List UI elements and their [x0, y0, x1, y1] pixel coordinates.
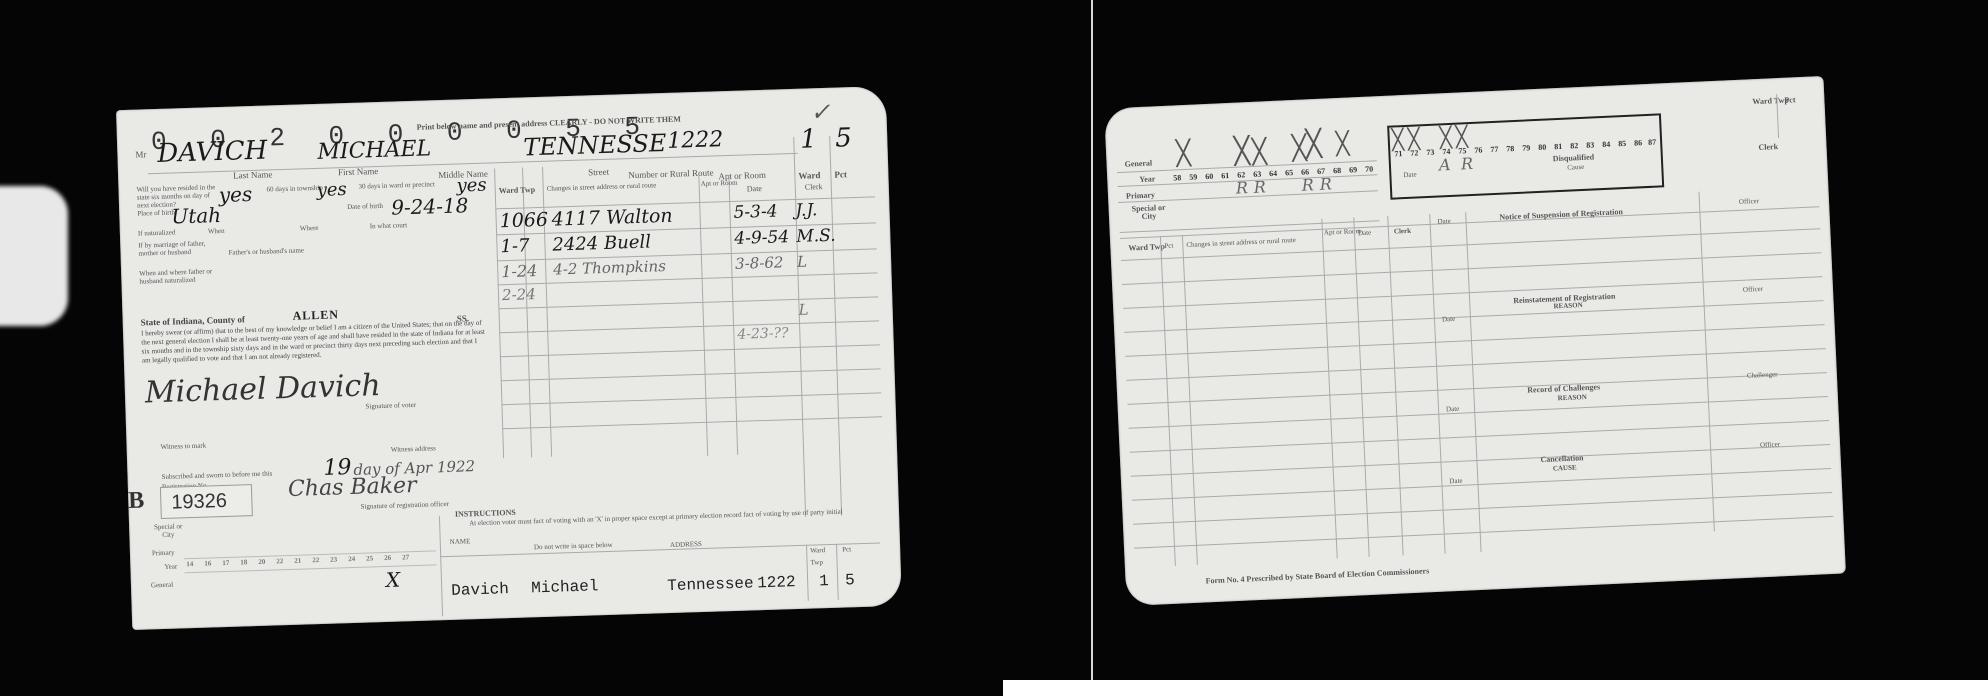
year-cell: 58: [1173, 173, 1181, 182]
year-cell: 22: [276, 557, 283, 565]
year-cell: 84: [1602, 140, 1610, 149]
typed-last-name: Davich: [451, 580, 509, 600]
year-cell: 21: [294, 557, 301, 565]
changes-column-header: Changes in street address or rural route: [1186, 236, 1296, 249]
year-cell: 22: [312, 556, 319, 564]
suspension-date-label: Date: [1437, 217, 1451, 226]
suspension-title: Notice of Suspension of Registration: [1499, 207, 1623, 222]
pct-column-header: Pct: [1164, 242, 1173, 250]
clerk-column-header: Clerk: [1394, 227, 1411, 236]
date-column-header: Date: [747, 184, 762, 193]
if-by-marriage-label: If by marriage of father, mother or husb…: [138, 239, 218, 258]
year-cell: 61: [1221, 171, 1229, 180]
row-ward: 1-7: [500, 235, 530, 257]
place-of-birth-label: Place of birth: [137, 208, 175, 217]
primary-mark: R: [1461, 154, 1474, 174]
vote-mark: ╳: [1233, 136, 1250, 167]
challenger-label: Challenger: [1747, 370, 1778, 379]
year-cell: 80: [1538, 143, 1546, 152]
year-cell: 16: [204, 559, 211, 567]
year-cell: 26: [384, 554, 391, 562]
ward-value: 1: [800, 124, 817, 155]
year-cell: 17: [222, 559, 229, 567]
year-cell: 20: [258, 558, 265, 566]
changes-table: 1066 4117 Walton 5-3-4 J.J. 1-7 2424 Bue…: [116, 86, 886, 110]
typed-ward-label: Ward: [810, 546, 825, 554]
row-label-general: General: [1124, 158, 1152, 168]
year-cell: 77: [1490, 145, 1498, 154]
suspension-officer-label: Officer: [1739, 197, 1759, 206]
name-label: NAME: [450, 537, 471, 546]
typed-pct-label: Pct: [842, 545, 851, 553]
primary-mark: R: [1253, 177, 1266, 197]
year-cell: 14: [186, 560, 193, 568]
date-label: Date: [1403, 170, 1417, 179]
typed-pct: 5: [845, 571, 855, 589]
row-ward: 1-24: [501, 261, 538, 281]
year-cell: 68: [1333, 166, 1341, 175]
primary-mark: R: [1319, 174, 1332, 194]
days-township-label: 60 days in township: [266, 184, 322, 194]
vote-mark: ╳: [1391, 127, 1404, 152]
subscribed-text: Subscribed and sworn to before me this: [161, 469, 272, 480]
fathers-name-label: Father's or husband's name: [228, 246, 304, 256]
registration-number-box: 19326: [160, 484, 253, 519]
witness-mark-label: Witness to mark: [160, 442, 206, 451]
back-pct-label: Pct: [1784, 95, 1796, 104]
year-cell: 79: [1522, 143, 1530, 152]
year-cell: 81: [1554, 142, 1562, 151]
reinstatement-reason: REASON: [1553, 301, 1583, 310]
last-name-label: Last Name: [233, 169, 273, 180]
first-name-value: MICHAEL: [317, 136, 432, 165]
row-label-general: General: [151, 581, 173, 590]
date-of-birth-label: Date of birth: [347, 202, 383, 211]
disqualified-box: 71 72 73 74 75 76 77 78 79 80 81 82 83 8…: [1387, 113, 1664, 199]
ward-twp-column-header: Ward Twp: [499, 185, 536, 195]
scan-border-strip: [1003, 680, 1988, 696]
year-cell: 60: [1205, 172, 1213, 181]
vote-mark: ╳: [1455, 124, 1468, 149]
clerk-column-header: Clerk: [805, 182, 823, 192]
street-label: Street: [588, 167, 609, 178]
typed-number: 1222: [757, 573, 796, 592]
where-label: Where: [300, 224, 319, 233]
challenges-reason: REASON: [1558, 393, 1588, 402]
year-cell: 83: [1586, 140, 1594, 149]
typed-ward: 1: [819, 572, 829, 590]
do-not-write-label: Do not write in space below: [534, 541, 613, 551]
signature-label: Signature of voter: [365, 401, 416, 411]
voter-signature: Michael Davich: [144, 368, 381, 410]
typed-twp-label: Twp: [810, 558, 823, 566]
county-value: ALLEN: [292, 307, 339, 323]
form-note: Form No. 4 Prescribed by State Board of …: [1205, 566, 1429, 585]
vote-mark: ╳: [1407, 126, 1420, 151]
pct-label: Pct: [834, 169, 847, 179]
row-clerk: J.J.: [795, 200, 817, 221]
date-of-birth-value: 9-24-18: [391, 193, 469, 219]
number-label: Number or Rural Route: [628, 167, 714, 180]
naturalized-label: If naturalized: [138, 228, 176, 237]
vote-mark: ╳: [1252, 137, 1268, 166]
series-letter: B: [128, 488, 145, 515]
year-cell: 24: [348, 555, 355, 563]
year-cell: 78: [1506, 144, 1514, 153]
row-label-year: Year: [1139, 174, 1155, 184]
registration-card-back: General Year Primary Special or City 58 …: [1104, 76, 1846, 606]
year-cell: 23: [330, 555, 337, 563]
instructions-text: At election voter must fact of voting wi…: [469, 507, 859, 527]
year-cell: 64: [1269, 169, 1277, 178]
cancellation-officer-label: Officer: [1760, 440, 1780, 449]
apt-column-header: Apt or Room: [1324, 227, 1361, 237]
year-cell: 27: [402, 553, 409, 561]
challenges-title: Record of Challenges: [1527, 382, 1600, 394]
street-value: TENNESSE: [523, 129, 667, 161]
vote-mark: ╳: [1335, 132, 1349, 158]
vote-mark: ╳: [1176, 139, 1192, 168]
row-label-special: Special or City: [153, 522, 183, 539]
year-cell: 85: [1618, 139, 1626, 148]
officer-signature: Chas Baker: [288, 473, 417, 502]
checkmark-icon: ✓: [810, 98, 831, 127]
row-address: 4-2 Thompkins: [553, 257, 666, 279]
row-label-primary: Primary: [152, 549, 175, 558]
year-cell: 82: [1570, 141, 1578, 150]
row-date: 5-3-4: [733, 201, 778, 222]
primary-mark: A: [1439, 155, 1451, 175]
primary-mark: R: [1235, 178, 1248, 198]
year-cell: 65: [1285, 168, 1293, 177]
reinstatement-officer-label: Officer: [1743, 285, 1763, 294]
days-ward-label: 30 days in ward or precinct: [358, 180, 435, 190]
frame-divider: [1091, 0, 1093, 696]
years-row-b: 71 72 73 74 75 76 77 78 79 80 81 82 83 8…: [1392, 137, 1660, 161]
ward-label: Ward: [798, 170, 820, 181]
house-number-value: 1222: [667, 127, 724, 154]
adjacent-card-edge: [0, 186, 68, 326]
row-clerk: L: [798, 301, 809, 319]
oath-state-line: State of Indiana, County of: [141, 314, 246, 327]
row-date: 4-23-??: [737, 325, 789, 343]
officer-signature-label: Signature of registration officer: [360, 500, 449, 511]
row-date: 3-8-62: [735, 253, 784, 273]
year-cell: 76: [1474, 145, 1482, 154]
reinstatement-date-label: Date: [1442, 315, 1456, 324]
row-label-special: Special or City: [1127, 204, 1172, 222]
row-ward: 1066: [499, 209, 548, 233]
typed-first-name: Michael: [531, 577, 599, 597]
row-date: 4-9-54: [734, 227, 789, 249]
typed-street: Tennessee: [667, 574, 754, 595]
when-label: When: [208, 227, 225, 236]
row-clerk: L: [797, 253, 808, 271]
change-address-column-header: Changes in street address or rural route: [547, 181, 657, 192]
prefix-label: Mr: [135, 149, 146, 159]
disqualified-label: Disqualified: [1553, 152, 1595, 163]
cause-label: Cause: [1567, 163, 1584, 172]
cancellation-date-label: Date: [1449, 477, 1463, 486]
primary-mark: R: [1301, 175, 1314, 195]
row-address: 4117 Walton: [551, 205, 673, 231]
year-cell: 59: [1189, 172, 1197, 181]
registration-number: 19326: [171, 490, 227, 515]
place-of-birth-value: Utah: [171, 203, 221, 229]
year-cell: 87: [1648, 138, 1656, 147]
pct-value: 5: [835, 123, 852, 154]
back-clerk-label: Clerk: [1758, 142, 1778, 152]
vote-mark: ╳: [1439, 125, 1452, 150]
row-clerk: M.S.: [796, 226, 836, 247]
last-name-value: DAVICH: [157, 135, 268, 168]
row-ward: 2-24: [502, 285, 536, 304]
vote-mark: ╳: [1305, 129, 1322, 160]
cancellation-cause: CAUSE: [1553, 464, 1577, 473]
witness-address-label: Witness address: [391, 444, 436, 453]
row-label-year: Year: [164, 563, 177, 571]
when-where-father-label: When and where father or husband natural…: [139, 267, 229, 286]
row-label-primary: Primary: [1126, 190, 1155, 200]
year-cell: 18: [240, 558, 247, 566]
year-cell: 73: [1426, 148, 1434, 157]
apt-room-column-header: Apt or Room: [701, 179, 738, 188]
year-cell: 70: [1365, 164, 1373, 173]
challenges-date-label: Date: [1446, 405, 1460, 414]
date-column-header: Date: [1358, 229, 1372, 238]
general-vote-mark: X: [386, 568, 401, 592]
year-cell: 86: [1634, 138, 1642, 147]
first-name-label: First Name: [338, 166, 379, 177]
row-address: 2424 Buell: [552, 231, 651, 255]
year-cell: 69: [1349, 165, 1357, 174]
in-what-court-label: In what court: [370, 221, 408, 230]
resided-answer: yes: [218, 182, 252, 207]
township-answer: yes: [316, 179, 347, 201]
cancellation-title: Cancellation: [1540, 453, 1583, 464]
year-cell: 25: [366, 554, 373, 562]
registration-card-front: 0 0 2 0 0 0 0 5 5 Print below name and p…: [116, 86, 902, 630]
